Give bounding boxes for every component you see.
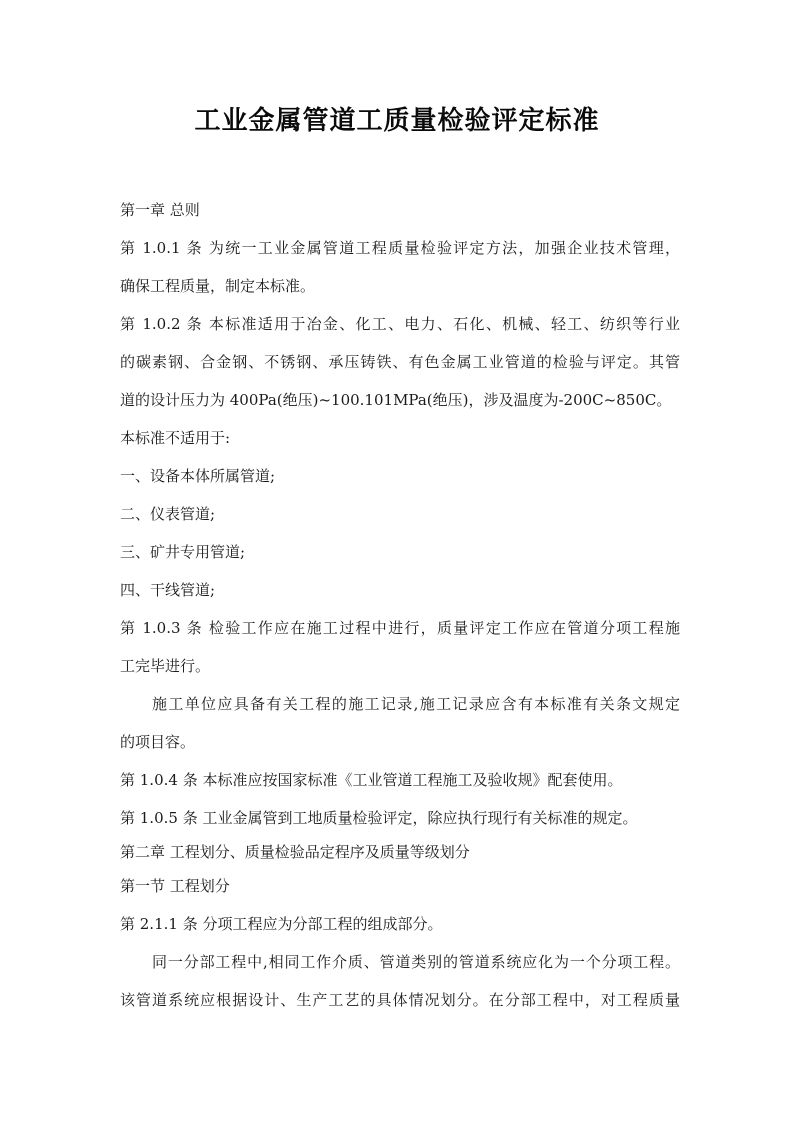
paragraph-line-art-1-0-3-d: 的项目容。 [120, 732, 680, 752]
document-title: 工业金属管道工质量检验评定标准 [0, 100, 794, 137]
paragraph-line-art-2-1-1-c: 该管道系统应根据设计、生产工艺的具体情况划分。在分部工程中，对工程质量 [120, 990, 680, 1010]
paragraph-line-art-1-0-1-a: 第 1.0.1 条 为统一工业金属管道工程质量检验评定方法，加强企业技术管理， [120, 238, 680, 258]
paragraph-line-excl-4: 四、干线管道; [120, 580, 680, 600]
paragraph-line-not-applicable: 本标准不适用于: [120, 428, 680, 448]
paragraph-line-ch1-heading: 第一章 总则 [120, 200, 680, 220]
paragraph-line-art-2-1-1-b: 同一分部工程中,相同工作介质、管道类别的管道系统应化为一个分项工程。 [152, 952, 680, 972]
paragraph-line-excl-2: 二、仪表管道; [120, 504, 680, 524]
paragraph-line-ch2-heading: 第二章 工程划分、质量检验品定程序及质量等级划分 [120, 842, 680, 862]
paragraph-line-excl-1: 一、设备本体所属管道; [120, 466, 680, 486]
paragraph-line-art-1-0-2-c: 道的设计压力为 400Pa(绝压)~100.101MPa(绝压)，涉及温度为-2… [120, 390, 680, 410]
paragraph-line-art-1-0-3-a: 第 1.0.3 条 检验工作应在施工过程中进行，质量评定工作应在管道分项工程施 [120, 618, 680, 638]
paragraph-line-art-1-0-4: 第 1.0.4 条 本标准应按国家标准《工业管道工程施工及验收规》配套使用。 [120, 770, 680, 790]
paragraph-line-excl-3: 三、矿井专用管道; [120, 542, 680, 562]
paragraph-line-art-1-0-2-b: 的碳素钢、合金钢、不锈钢、承压铸铁、有色金属工业管道的检验与评定。其管 [120, 352, 680, 372]
document-page: 工业金属管道工质量检验评定标准 第一章 总则第 1.0.1 条 为统一工业金属管… [0, 0, 794, 1123]
paragraph-line-art-1-0-3-b: 工完毕进行。 [120, 656, 680, 676]
paragraph-line-art-1-0-5: 第 1.0.5 条 工业金属管到工地质量检验评定，除应执行现行有关标准的规定。 [120, 808, 680, 828]
paragraph-line-art-1-0-2-a: 第 1.0.2 条 本标准适用于冶金、化工、电力、石化、机械、轻工、纺织等行业 [120, 314, 680, 334]
paragraph-line-art-1-0-3-c: 施工单位应具备有关工程的施工记录,施工记录应含有本标准有关条文规定 [152, 694, 680, 714]
paragraph-line-art-1-0-1-b: 确保工程质量，制定本标准。 [120, 276, 680, 296]
paragraph-line-art-2-1-1: 第 2.1.1 条 分项工程应为分部工程的组成部分。 [120, 914, 680, 934]
paragraph-line-sec1-heading: 第一节 工程划分 [120, 876, 680, 896]
